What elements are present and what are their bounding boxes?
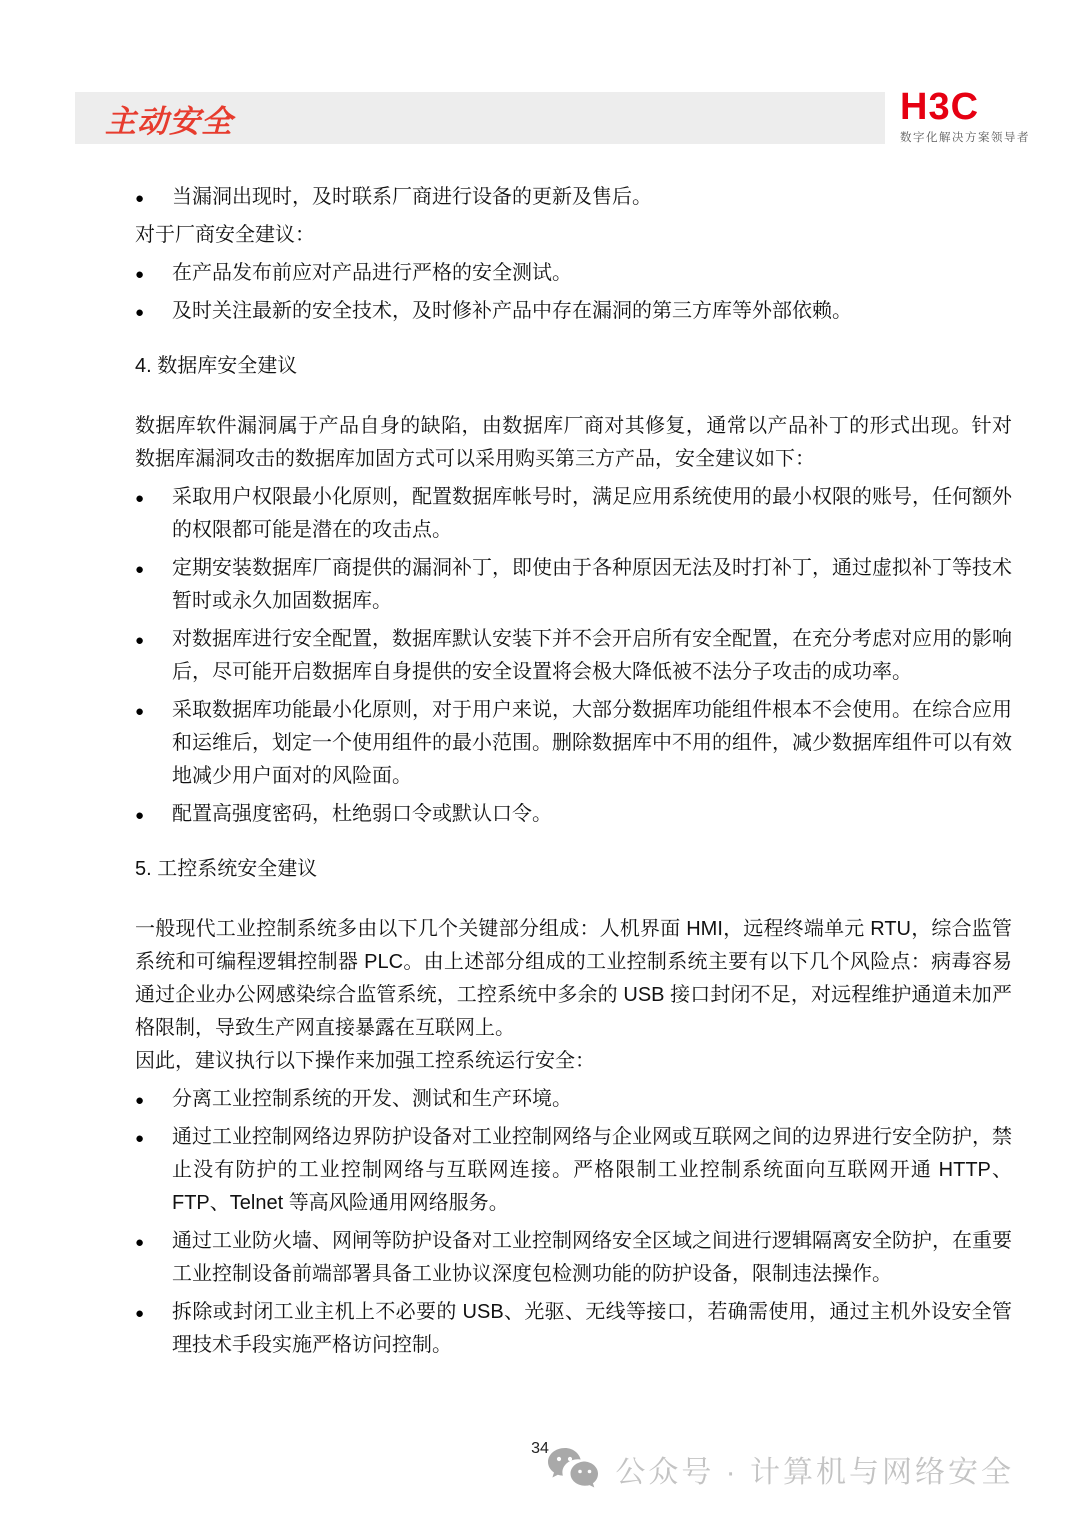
list-item-text: 采取数据库功能最小化原则，对于用户来说，大部分数据库功能组件根本不会使用。在综合… [172,699,1012,787]
list-item-text: 分离工业控制系统的开发、测试和生产环境。 [172,1088,572,1110]
bullet-icon: ● [135,695,144,728]
h3c-logo-tagline: 数字化解决方案领导者 [900,129,1040,145]
list-item: ● 通过工业防火墙、网闸等防护设备对工业控制网络安全区域之间进行逻辑隔离安全防护… [135,1225,1012,1291]
list-item: ● 通过工业控制网络边界防护设备对工业控制网络与企业网或互联网之间的边界进行安全… [135,1121,1012,1220]
list-item-text: 当漏洞出现时，及时联系厂商进行设备的更新及售后。 [172,186,652,208]
list-item-text: 在产品发布前应对产品进行严格的安全测试。 [172,262,572,284]
list-item: ● 对数据库进行安全配置，数据库默认安装下并不会开启所有安全配置，在充分考虑对应… [135,623,1012,689]
list-item-text: 配置高强度密码，杜绝弱口令或默认口令。 [172,803,552,825]
bullet-icon: ● [135,1084,144,1117]
watermark: 公众号 · 计算机与网络安全 [545,1446,1014,1492]
bullet-icon: ● [135,482,144,515]
list-item-text: 对数据库进行安全配置，数据库默认安装下并不会开启所有安全配置，在充分考虑对应用的… [172,628,1012,683]
list-item-text: 及时关注最新的安全技术，及时修补产品中存在漏洞的第三方库等外部依赖。 [172,300,852,322]
wechat-icon [545,1446,601,1492]
list-item: ● 分离工业控制系统的开发、测试和生产环境。 [135,1083,1012,1116]
list-item-text: 定期安装数据库厂商提供的漏洞补丁，即使由于各种原因无法及时打补丁，通过虚拟补丁等… [172,557,1012,612]
h3c-logo: H3C 数字化解决方案领导者 [900,88,1040,145]
paragraph: 数据库软件漏洞属于产品自身的缺陷，由数据库厂商对其修复，通常以产品补丁的形式出现… [135,410,1012,476]
paragraph: 因此，建议执行以下操作来加强工控系统运行安全： [135,1045,1012,1078]
list-item: ● 及时关注最新的安全技术，及时修补产品中存在漏洞的第三方库等外部依赖。 [135,295,1012,328]
list-item-text: 通过工业控制网络边界防护设备对工业控制网络与企业网或互联网之间的边界进行安全防护… [172,1126,1012,1214]
list-item: ● 拆除或封闭工业主机上不必要的 USB、光驱、无线等接口，若确需使用，通过主机… [135,1296,1012,1362]
list-item: ● 定期安装数据库厂商提供的漏洞补丁，即使由于各种原因无法及时打补丁，通过虚拟补… [135,552,1012,618]
list-item: ● 配置高强度密码，杜绝弱口令或默认口令。 [135,798,1012,831]
bullet-icon: ● [135,1226,144,1259]
bullet-icon: ● [135,553,144,586]
list-item: ● 采取用户权限最小化原则，配置数据库帐号时，满足应用系统使用的最小权限的账号，… [135,481,1012,547]
bullet-icon: ● [135,258,144,291]
bullet-icon: ● [135,182,144,215]
bullet-icon: ● [135,799,144,832]
list-item: ● 采取数据库功能最小化原则，对于用户来说，大部分数据库功能组件根本不会使用。在… [135,694,1012,793]
paragraph: 一般现代工业控制系统多由以下几个关键部分组成：人机界面 HMI，远程终端单元 R… [135,913,1012,1045]
list-item-text: 采取用户权限最小化原则，配置数据库帐号时，满足应用系统使用的最小权限的账号，任何… [172,486,1012,541]
watermark-text: 公众号 · 计算机与网络安全 [615,1447,1014,1491]
section-heading-database: 4. 数据库安全建议 [135,350,1012,383]
section-heading-ics: 5. 工控系统安全建议 [135,853,1012,886]
list-item-text: 通过工业防火墙、网闸等防护设备对工业控制网络安全区域之间进行逻辑隔离安全防护，在… [172,1230,1012,1285]
list-item: ● 在产品发布前应对产品进行严格的安全测试。 [135,257,1012,290]
header-banner: 主动安全 [75,92,885,144]
bullet-icon: ● [135,624,144,657]
bullet-icon: ● [135,1297,144,1330]
paragraph: 对于厂商安全建议： [135,219,1012,252]
list-item-text: 拆除或封闭工业主机上不必要的 USB、光驱、无线等接口，若确需使用，通过主机外设… [172,1301,1012,1356]
h3c-logo-text: H3C [900,88,1040,126]
document-body: ● 当漏洞出现时，及时联系厂商进行设备的更新及售后。 对于厂商安全建议： ● 在… [135,176,1012,1367]
list-item: ● 当漏洞出现时，及时联系厂商进行设备的更新及售后。 [135,181,1012,214]
bullet-icon: ● [135,1122,144,1155]
bullet-icon: ● [135,296,144,329]
page-title: 主动安全 [105,96,233,141]
